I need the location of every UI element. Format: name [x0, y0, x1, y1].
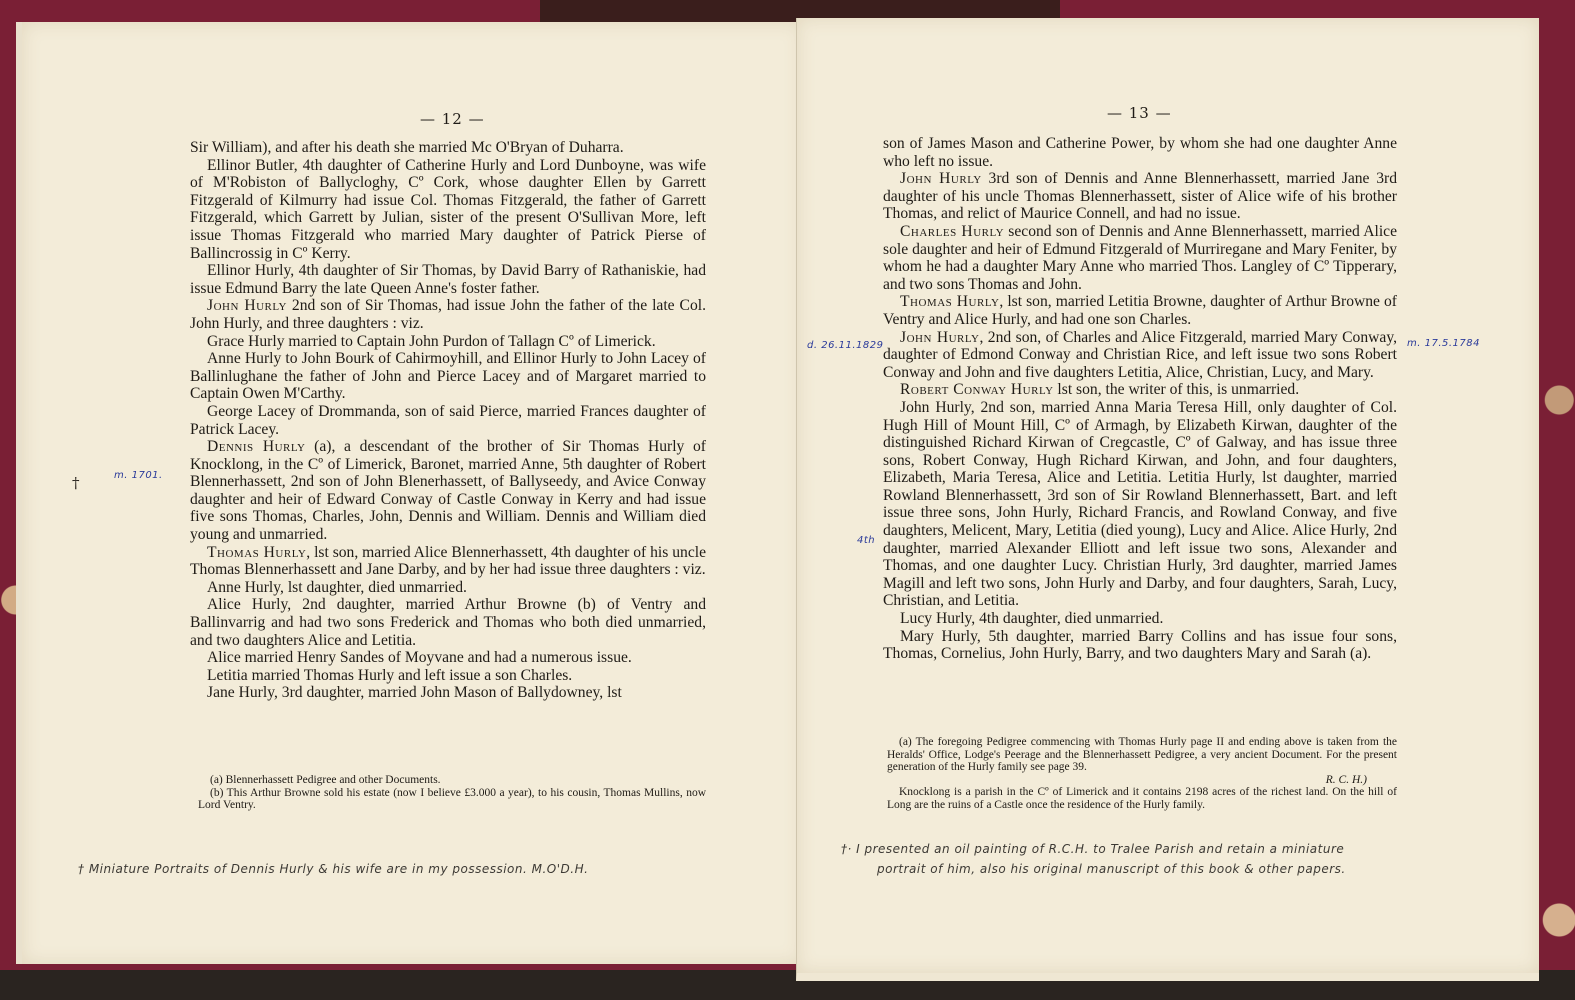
page-number-12: — 12 —	[420, 110, 485, 128]
name-heading: Thomas Hurly	[207, 544, 306, 561]
paragraph: Dennis Hurly (a), a descendant of the br…	[190, 438, 706, 544]
footnote-signature: R. C. H.)	[887, 774, 1397, 787]
margin-marriage-date: m. 1701.	[114, 470, 163, 481]
paragraph: Alice married Henry Sandes of Moyvane an…	[190, 649, 706, 667]
paragraph: son of James Mason and Catherine Power, …	[883, 135, 1397, 170]
left-body-text: Sir William), and after his death she ma…	[190, 139, 706, 702]
paragraph: John Hurly 3rd son of Dennis and Anne Bl…	[883, 170, 1397, 223]
margin-death-date: d. 26.11.1829	[807, 340, 883, 351]
paragraph: Robert Conway Hurly lst son, the writer …	[883, 381, 1397, 399]
name-heading: Robert Conway Hurly	[900, 381, 1054, 398]
name-heading: John Hurly	[900, 329, 979, 346]
paragraph: Thomas Hurly, lst son, married Alice Ble…	[190, 544, 706, 579]
right-page: — 13 — d. 26.11.1829 m. 17.5.1784 4th so…	[796, 18, 1539, 981]
paragraph: Jane Hurly, 3rd daughter, married John M…	[190, 684, 706, 702]
right-body-text: son of James Mason and Catherine Power, …	[883, 135, 1397, 663]
left-footnotes: (a) Blennerhassett Pedigree and other Do…	[198, 774, 706, 812]
page-number-13: — 13 —	[1107, 104, 1172, 122]
margin-correction: 4th	[857, 535, 875, 546]
name-heading: John Hurly	[900, 170, 982, 187]
paragraph: Ellinor Butler, 4th daughter of Catherin…	[190, 157, 706, 263]
paragraph: Charles Hurly second son of Dennis and A…	[883, 223, 1397, 293]
name-heading: Thomas Hurly	[900, 293, 999, 310]
footnote: (a) Blennerhassett Pedigree and other Do…	[198, 774, 706, 787]
handwritten-note-left: † Miniature Portraits of Dennis Hurly & …	[78, 862, 588, 876]
paragraph: John Hurly, 2nd son, married Anna Maria …	[883, 399, 1397, 610]
name-heading: John Hurly	[207, 297, 287, 314]
footnote: Knocklong is a parish in the Cº of Limer…	[887, 786, 1397, 811]
handwritten-note-right-line2: portrait of him, also his original manus…	[877, 862, 1346, 876]
paragraph: George Lacey of Drommanda, son of said P…	[190, 403, 706, 438]
margin-marriage-date: m. 17.5.1784	[1407, 338, 1480, 349]
footnote: (a) The foregoing Pedigree commencing wi…	[887, 736, 1397, 774]
paragraph: Anne Hurly to John Bourk of Cahirmoyhill…	[190, 350, 706, 403]
paragraph: Lucy Hurly, 4th daughter, died unmarried…	[883, 610, 1397, 628]
name-heading: Charles Hurly	[900, 223, 1004, 240]
name-heading: Dennis Hurly	[207, 438, 305, 455]
handwritten-note-right-line1: †· I presented an oil painting of R.C.H.…	[841, 842, 1344, 856]
paragraph: John Hurly 2nd son of Sir Thomas, had is…	[190, 297, 706, 332]
margin-dagger: †	[72, 474, 80, 492]
paragraph: Anne Hurly, lst daughter, died unmarried…	[190, 579, 706, 597]
paragraph: Thomas Hurly, lst son, married Letitia B…	[883, 293, 1397, 328]
left-page: — 12 — † m. 1701. Sir William), and afte…	[16, 22, 802, 964]
paragraph: Letitia married Thomas Hurly and left is…	[190, 667, 706, 685]
paragraph: Sir William), and after his death she ma…	[190, 139, 706, 157]
paragraph: Grace Hurly married to Captain John Purd…	[190, 333, 706, 351]
footnote: (b) This Arthur Browne sold his estate (…	[198, 787, 706, 812]
paragraph: Alice Hurly, 2nd daughter, married Arthu…	[190, 596, 706, 649]
right-footnotes: (a) The foregoing Pedigree commencing wi…	[887, 736, 1397, 811]
paragraph: Mary Hurly, 5th daughter, married Barry …	[883, 628, 1397, 663]
paragraph: Ellinor Hurly, 4th daughter of Sir Thoma…	[190, 262, 706, 297]
paragraph: John Hurly, 2nd son, of Charles and Alic…	[883, 329, 1397, 382]
